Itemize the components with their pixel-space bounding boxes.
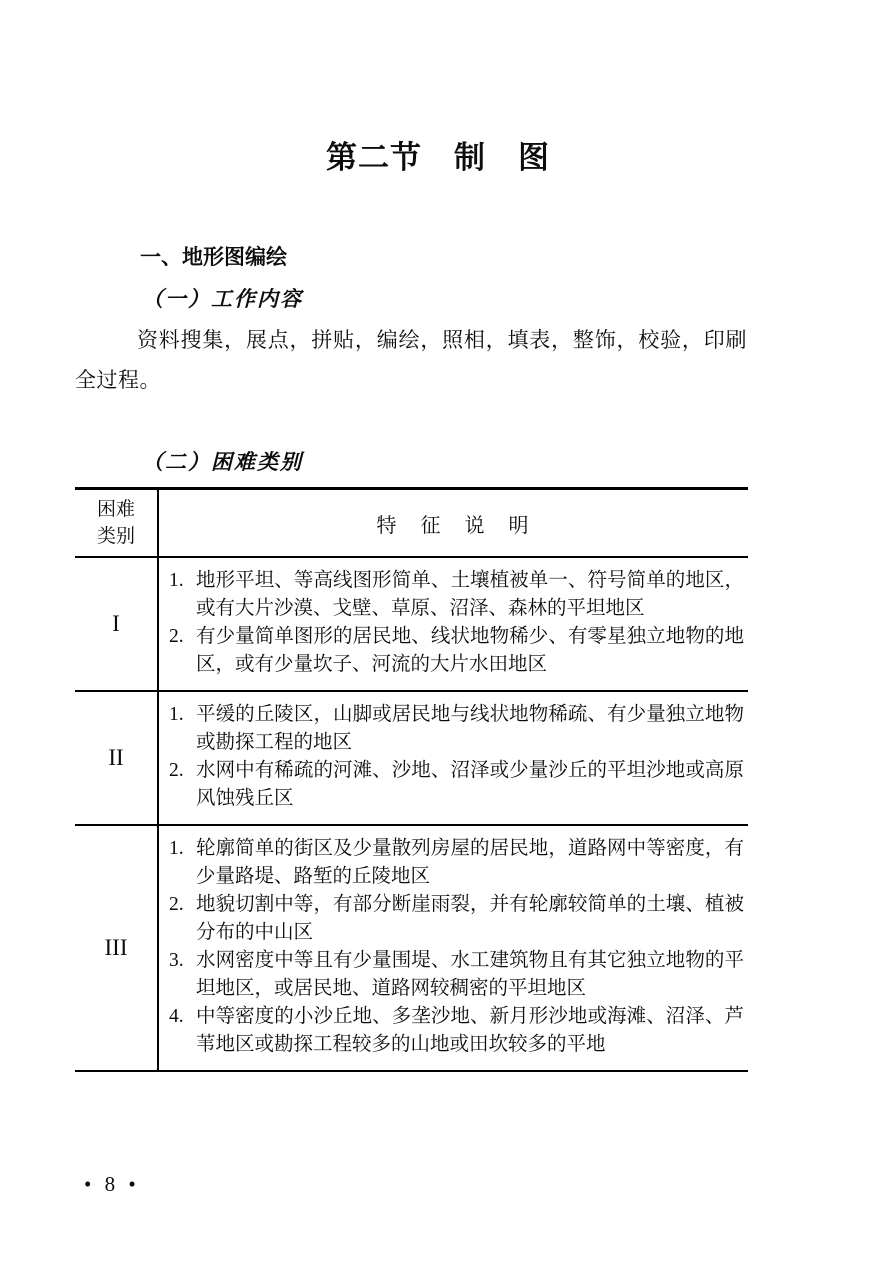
feature-item: 中等密度的小沙丘地、多垄沙地、新月形沙地或海滩、沼泽、芦苇地区或勘探工程较多的山…	[169, 1003, 744, 1059]
feature-item: 水网密度中等且有少量围堤、水工建筑物且有其它独立地物的平坦地区，或居民地、道路网…	[169, 947, 744, 1003]
description-cell: 平缓的丘陵区，山脚或居民地与线状地物稀疏、有少量独立地物或勘探工程的地区 水网中…	[158, 691, 748, 825]
feature-item: 有少量简单图形的居民地、线状地物稀少、有零星独立地物的地区，或有少量坎子、河流的…	[169, 623, 744, 679]
table-row: I 地形平坦、等高线图形简单、土壤植被单一、符号简单的地区，或有大片沙漠、戈壁、…	[75, 557, 748, 691]
document-page: 第二节 制 图 一、地形图编绘 （一）工作内容 资料搜集，展点，拼贴，编绘，照相…	[0, 0, 876, 1276]
difficulty-category-table: 困难 类别 特 征 说 明 I 地形平坦、等高线图形简单、土壤植被单一、符号简单…	[75, 487, 748, 1072]
work-content-paragraph: 资料搜集，展点，拼贴，编绘，照相，填表，整饰，校验，印刷全过程。	[75, 320, 747, 400]
section-title: 第二节 制 图	[0, 132, 876, 177]
table-header-row: 困难 类别 特 征 说 明	[75, 489, 748, 558]
heading-topographic-map-compilation: 一、地形图编绘	[140, 241, 287, 271]
table-row: II 平缓的丘陵区，山脚或居民地与线状地物稀疏、有少量独立地物或勘探工程的地区 …	[75, 691, 748, 825]
description-cell: 轮廓简单的街区及少量散列房屋的居民地，道路网中等密度，有少量路堤、路堑的丘陵地区…	[158, 825, 748, 1071]
header-category-line1: 困难	[75, 496, 157, 523]
header-category: 困难 类别	[75, 489, 158, 558]
category-cell: I	[75, 557, 158, 691]
category-cell: III	[75, 825, 158, 1071]
feature-item: 地形平坦、等高线图形简单、土壤植被单一、符号简单的地区，或有大片沙漠、戈壁、草原…	[169, 567, 744, 623]
subheading-difficulty-category: （二）困难类别	[142, 446, 303, 476]
feature-item: 轮廓简单的街区及少量散列房屋的居民地，道路网中等密度，有少量路堤、路堑的丘陵地区	[169, 835, 744, 891]
feature-list: 轮廓简单的街区及少量散列房屋的居民地，道路网中等密度，有少量路堤、路堑的丘陵地区…	[159, 826, 748, 1070]
feature-item: 平缓的丘陵区，山脚或居民地与线状地物稀疏、有少量独立地物或勘探工程的地区	[169, 701, 744, 757]
table-row: III 轮廓简单的街区及少量散列房屋的居民地，道路网中等密度，有少量路堤、路堑的…	[75, 825, 748, 1071]
feature-item: 地貌切割中等，有部分断崖雨裂，并有轮廓较简单的土壤、植被分布的中山区	[169, 891, 744, 947]
category-cell: II	[75, 691, 158, 825]
feature-list: 平缓的丘陵区，山脚或居民地与线状地物稀疏、有少量独立地物或勘探工程的地区 水网中…	[159, 692, 748, 824]
page-number: • 8 •	[84, 1172, 140, 1197]
feature-list: 地形平坦、等高线图形简单、土壤植被单一、符号简单的地区，或有大片沙漠、戈壁、草原…	[159, 558, 748, 690]
header-category-line2: 类别	[75, 523, 157, 550]
feature-item: 水网中有稀疏的河滩、沙地、沼泽或少量沙丘的平坦沙地或高原风蚀残丘区	[169, 757, 744, 813]
header-feature-description: 特 征 说 明	[158, 489, 748, 558]
subheading-work-content: （一）工作内容	[142, 283, 303, 313]
description-cell: 地形平坦、等高线图形简单、土壤植被单一、符号简单的地区，或有大片沙漠、戈壁、草原…	[158, 557, 748, 691]
